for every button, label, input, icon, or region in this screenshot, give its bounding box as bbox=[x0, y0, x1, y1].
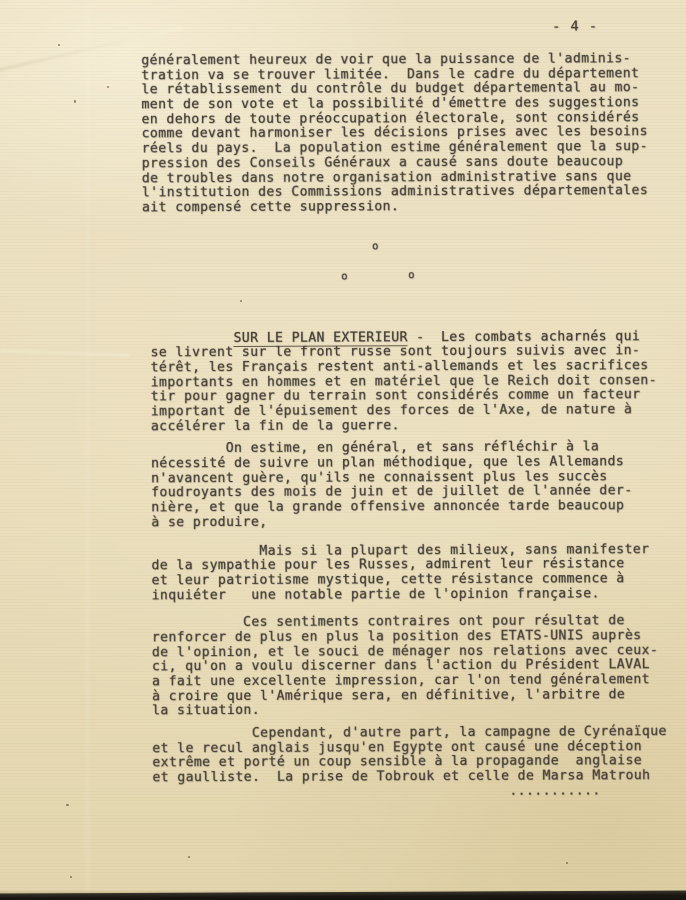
text-line: ........... bbox=[152, 784, 686, 801]
paragraph-interior-plan: généralement heureux de voir que la puis… bbox=[141, 52, 686, 216]
paragraph-plan-exterieur: SUR LE PLAN EXTERIEUR - Les combats acha… bbox=[150, 330, 686, 435]
text-line: inquiéter une notable partie de l'opinio… bbox=[152, 587, 686, 604]
text-line: important de l'épuisement des forces de … bbox=[151, 403, 686, 420]
text-line: à se produire, bbox=[151, 514, 686, 531]
scanned-document-page: - 4 - généralement heureux de voir que l… bbox=[0, 0, 686, 900]
document-body: généralement heureux de voir que la puis… bbox=[0, 52, 686, 801]
text-line: accélérer la fin de la guerre. bbox=[151, 418, 686, 435]
separator-mark-icon: o bbox=[372, 241, 379, 251]
separator-mark-icon: o bbox=[341, 271, 348, 281]
separator-mark-icon: o bbox=[408, 270, 415, 280]
typewritten-text-layer: - 4 - généralement heureux de voir que l… bbox=[0, 0, 686, 900]
paragraph-on-estime: On estime, en général, et sans réfléchir… bbox=[151, 440, 686, 530]
text-line: nière, et que la grande offensive annonc… bbox=[151, 499, 686, 516]
page-number: - 4 - bbox=[552, 19, 598, 34]
section-separator: o o o bbox=[1, 214, 686, 333]
paragraph-ces-sentiments: Ces sentiments contraires ont pour résul… bbox=[152, 614, 686, 719]
paragraph-mais-si: Mais si la plupart des milieux, sans man… bbox=[151, 543, 686, 604]
text-line: l'institution des Commissions administra… bbox=[142, 184, 686, 201]
paragraph-cependant: Cependant, d'autre part, la campagne de … bbox=[152, 725, 686, 801]
text-line: la situation. bbox=[152, 702, 686, 719]
